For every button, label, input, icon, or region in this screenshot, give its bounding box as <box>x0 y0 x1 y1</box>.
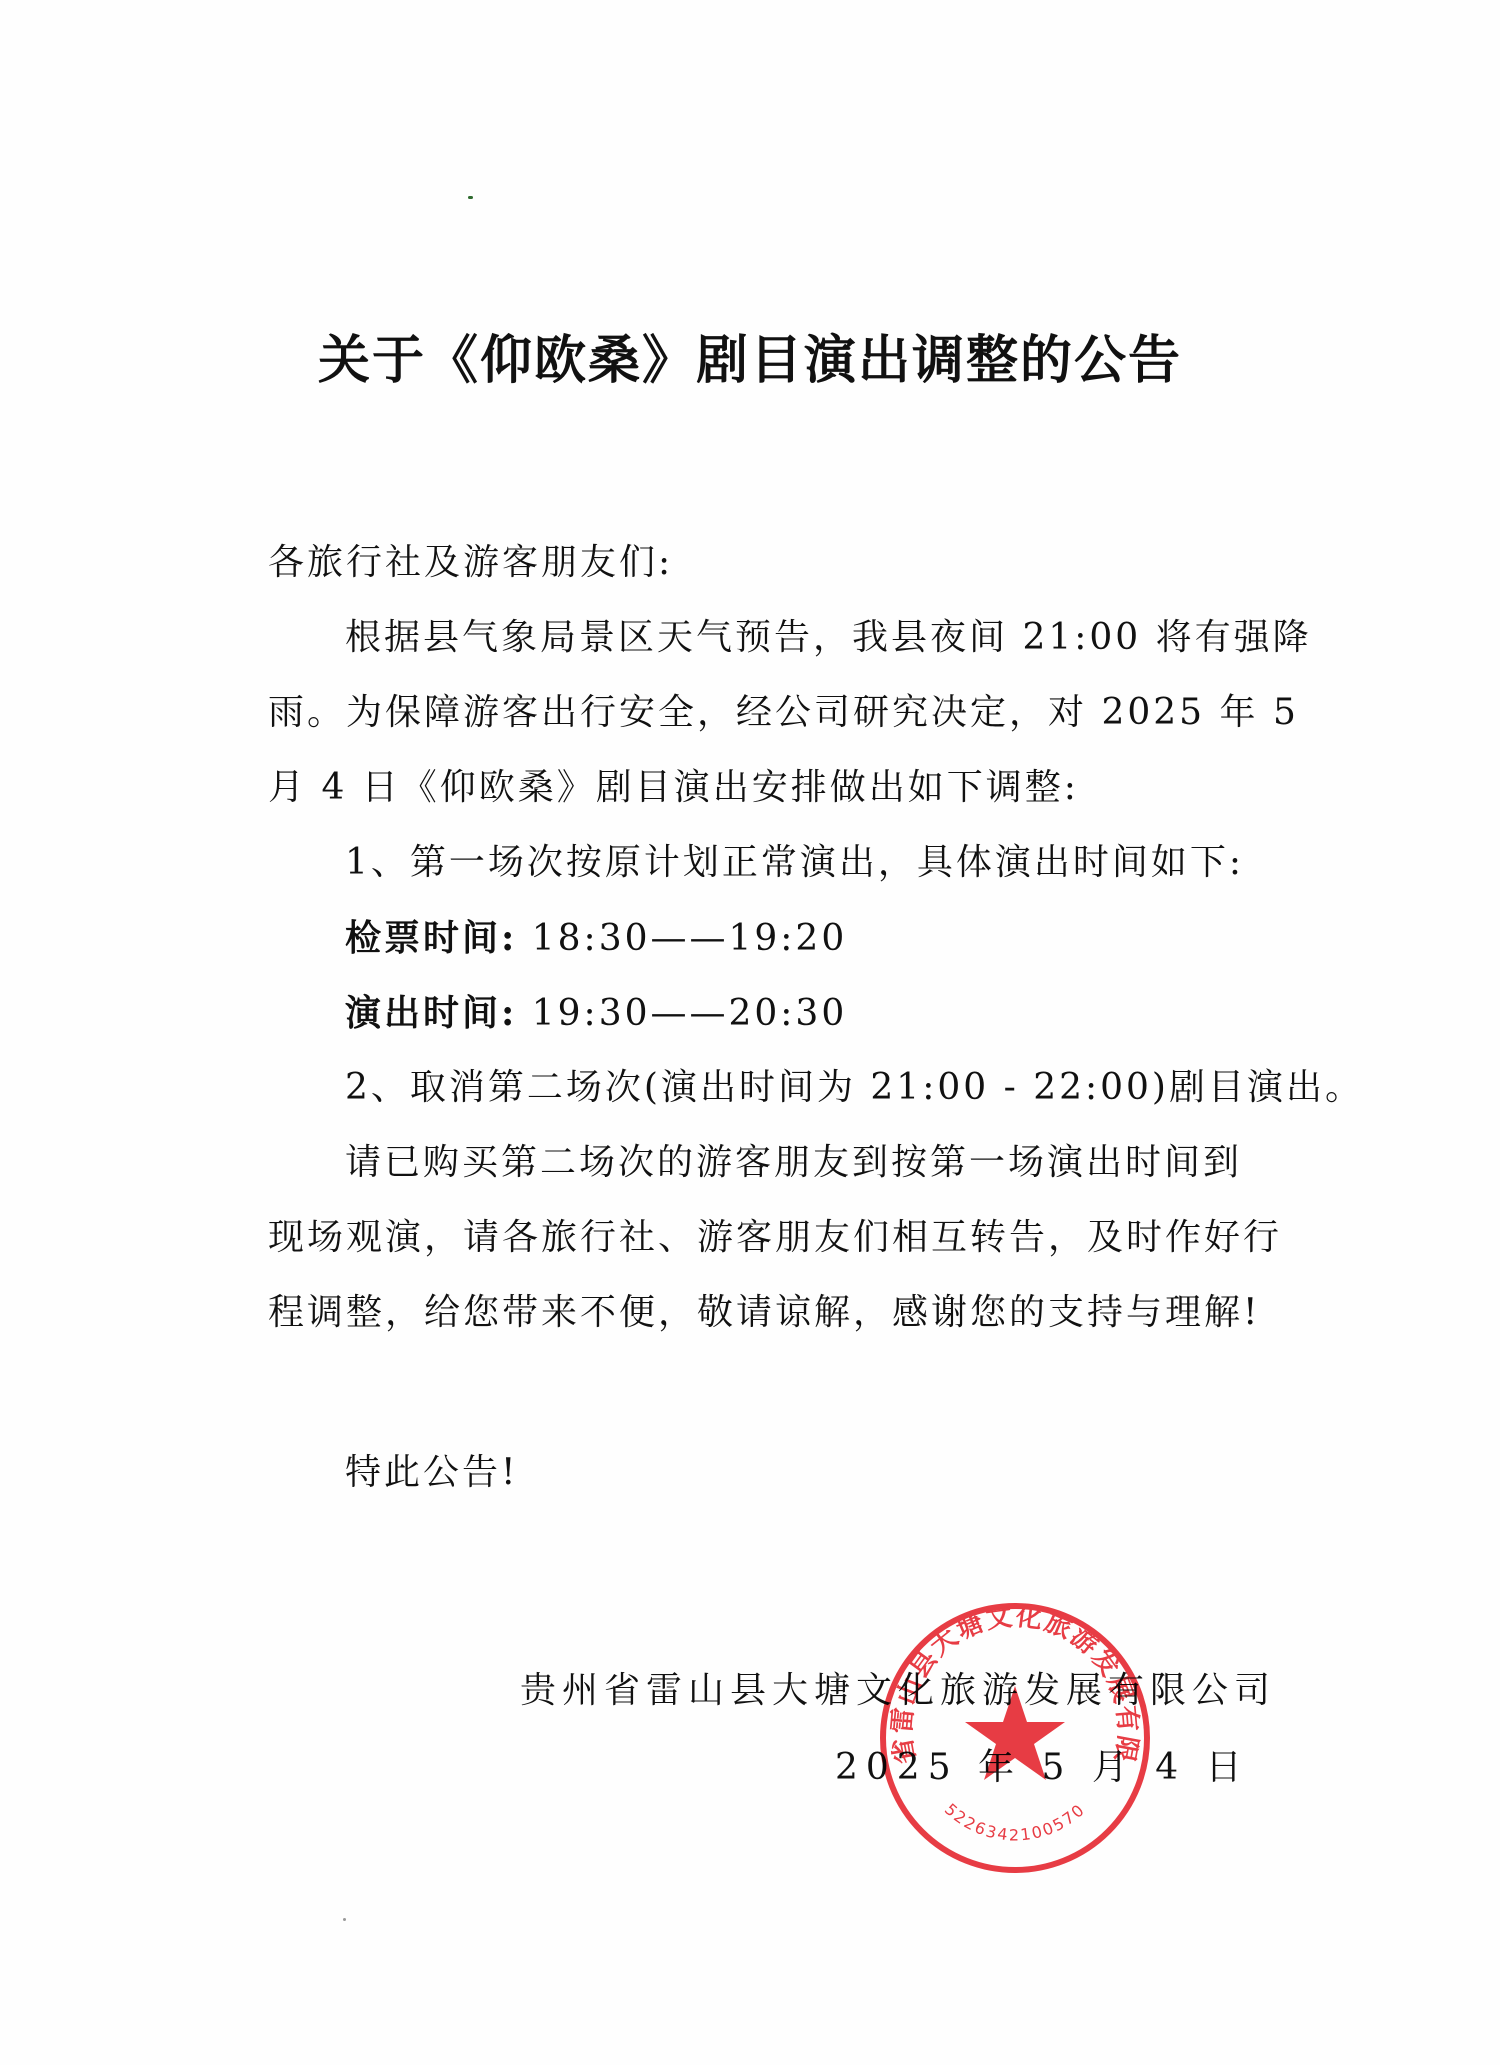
checkin-schedule: 检票时间: 18:30——19:20 <box>345 915 847 962</box>
document-page: 关于《仰欧桑》剧目演出调整的公告 各旅行社及游客朋友们: 根据县气象局景区天气预… <box>0 0 1500 2065</box>
checkin-time: 18:30——19:20 <box>532 918 848 959</box>
checkin-label: 检票时间: <box>345 917 517 959</box>
salutation: 各旅行社及游客朋友们: <box>268 540 673 586</box>
paragraph-2-line-1: 请已购买第二场次的游客朋友到按第一场演出时间到 <box>345 1140 1242 1186</box>
show-schedule: 演出时间: 19:30——20:30 <box>345 990 847 1037</box>
closing-statement: 特此公告! <box>345 1450 518 1496</box>
paragraph-2-line-2: 现场观演，请各旅行社、游客朋友们相互转告，及时作好行 <box>268 1215 1282 1261</box>
official-seal-icon: 贵州省雷山县大塘文化旅游发展有限公司 5226342100570 <box>875 1598 1155 1878</box>
svg-text:5226342100570: 5226342100570 <box>941 1800 1089 1845</box>
item-2: 2、取消第二场次(演出时间为 21:00 - 22:00)剧目演出。 <box>345 1065 1364 1111</box>
paragraph-1-line-2: 雨。为保障游客出行安全，经公司研究决定，对 2025 年 5 <box>268 690 1299 736</box>
item-1: 1、第一场次按原计划正常演出，具体演出时间如下: <box>345 840 1244 886</box>
paragraph-1-line-3: 月 4 日《仰欧桑》剧目演出安排做出如下调整: <box>268 765 1079 811</box>
scan-speck <box>468 196 473 199</box>
paragraph-1-line-1: 根据县气象局景区天气预告，我县夜间 21:00 将有强降 <box>345 615 1312 661</box>
show-label: 演出时间: <box>345 992 517 1034</box>
show-time: 19:30——20:30 <box>532 993 848 1034</box>
paragraph-2-line-3: 程调整，给您带来不便，敬请谅解，感谢您的支持与理解! <box>268 1290 1260 1336</box>
document-title: 关于《仰欧桑》剧目演出调整的公告 <box>0 318 1500 393</box>
scan-speck <box>343 1918 346 1921</box>
